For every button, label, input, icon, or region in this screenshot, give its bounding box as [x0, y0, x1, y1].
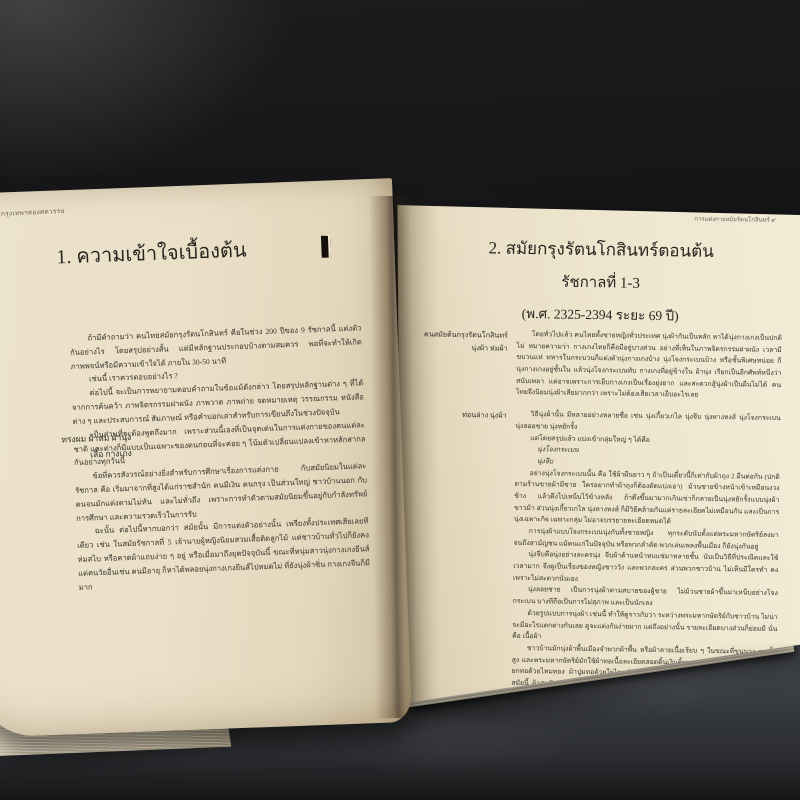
- section: ท่อนล่าง นุ่งผ้า วิธีนุ่งผ้านั้น มีหลายอ…: [400, 407, 781, 728]
- left-page: กรุงเทพฯสองศตวรรษ 1. ความเข้าใจเบื้องต้น…: [0, 178, 412, 738]
- body-paragraph: ด้วยรูปแบบการนุ่งผ้า เช่นนี้ ทำให้ดูราวก…: [512, 608, 778, 647]
- chapter-date-range: (พ.ศ. 2325-2394 ระยะ 69 ปี): [420, 300, 780, 328]
- left-running-head: กรุงเทพฯสองศตวรรษ: [1, 206, 66, 219]
- chapter-subtitle: รัชกาลที่ 1-3: [421, 267, 781, 297]
- section-label: ท่อนล่าง นุ่งผ้า: [400, 407, 507, 724]
- book-photo-scene: การแต่งกายสมัยรัตนโกสินทร์ ๙ 2. สมัยกรุง…: [0, 0, 800, 800]
- section: คนสมัยต้นกรุงรัตนโกสินทร์ นุ่งผ้า ห่มผ้า…: [405, 327, 782, 403]
- body-paragraph: นุ่งจีบคือนุ่งอย่างละครนุ่ง จีบผ้าด้านหน…: [513, 549, 779, 588]
- section-label: คนสมัยต้นกรุงรัตนโกสินทร์ นุ่งผ้า ห่มผ้า: [405, 327, 508, 399]
- page-edge-mark: [321, 235, 331, 257]
- chapter-title: 2. สมัยกรุงรัตนโกสินทร์ตอนต้น: [421, 233, 781, 266]
- body-paragraph: อย่างนุ่งโจงกระเบนนั้น คือ ใช้ผ้าผืนยาว …: [514, 467, 780, 530]
- left-chapter-heading: 1. ความเข้าใจเบื้องต้น: [0, 230, 331, 275]
- body-paragraph: ฉะนั้น ต่อไปนี้หากบอกว่า สมัยนั้น มีการแ…: [76, 515, 370, 595]
- right-page: การแต่งกายสมัยรัตนโกสินทร์ ๙ 2. สมัยกรุง…: [378, 200, 800, 716]
- right-running-head: การแต่งกายสมัยรัตนโกสินทร์ ๙: [694, 214, 776, 225]
- right-body: คนสมัยต้นกรุงรัตนโกสินทร์ นุ่งผ้า ห่มผ้า…: [400, 327, 782, 739]
- section-body: โดยทั่วไปแล้ว คนไทยทั้งชายหญิงทั่วประเทศ…: [516, 329, 782, 403]
- body-paragraph: วิธีนุ่งผ้านั้น มีหลายอย่างหลายชื่อ เช่น…: [515, 409, 780, 437]
- body-paragraph: โดยทั่วไปแล้ว คนไทยทั้งชายหญิงทั่วประเทศ…: [516, 329, 782, 403]
- right-chapter-heading: 2. สมัยกรุงรัตนโกสินทร์ตอนต้น รัชกาลที่ …: [420, 233, 781, 328]
- body-paragraph: ชาวบ้านมักนุ่งผ้าพื้นเมืองจำพวกผ้าพื้น ห…: [511, 643, 777, 729]
- section-body: วิธีนุ่งผ้านั้น มีหลายอย่างหลายชื่อ เช่น…: [511, 409, 781, 729]
- left-body: ถ้ามีคำถามว่า คนไทยสมัยกรุงรัตนโกสินทร์ …: [69, 321, 370, 594]
